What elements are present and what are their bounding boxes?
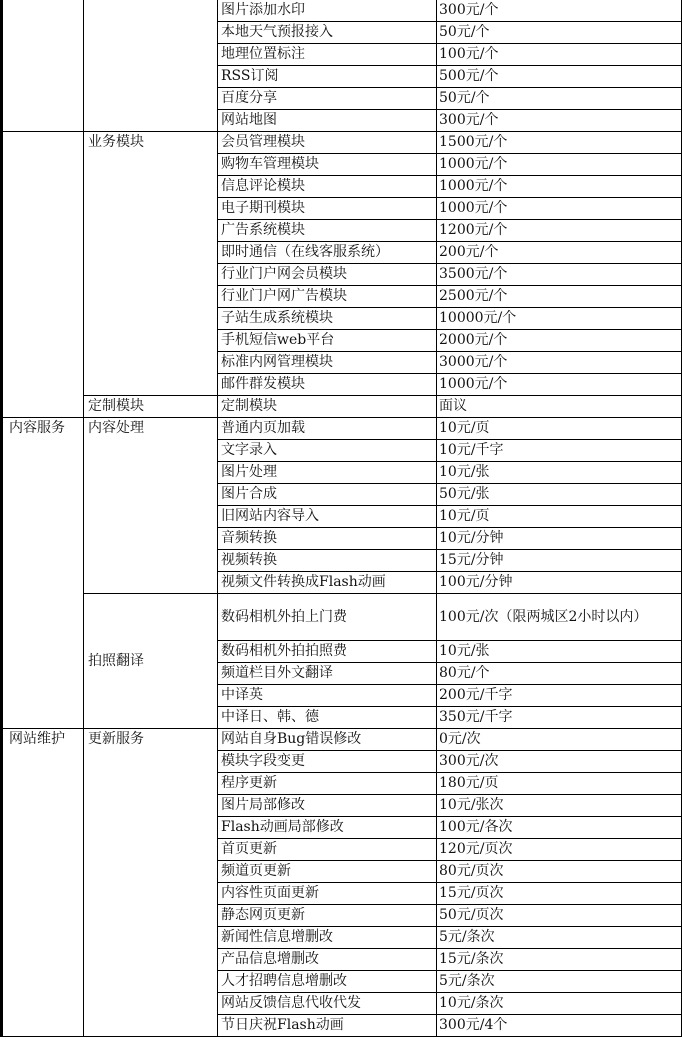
price-cell: 1000元/个 <box>437 176 682 198</box>
item-cell: 即时通信（在线客服系统） <box>218 242 437 264</box>
table-row: 内容服务 内容处理 普通内页加载 10元/页 <box>2 418 682 440</box>
item-cell: 图片添加水印 <box>218 0 437 22</box>
price-cell: 10元/千字 <box>437 440 682 462</box>
item-cell: 产品信息增删改 <box>218 949 437 971</box>
price-cell: 1000元/个 <box>437 154 682 176</box>
item-cell: 节日庆祝Flash动画 <box>218 1015 437 1037</box>
price-cell: 300元/个 <box>437 0 682 22</box>
price-cell: 2000元/个 <box>437 330 682 352</box>
item-cell: 电子期刊模块 <box>218 198 437 220</box>
item-cell: 内容性页面更新 <box>218 883 437 905</box>
price-cell: 50元/张 <box>437 484 682 506</box>
item-cell: 购物车管理模块 <box>218 154 437 176</box>
item-cell: 旧网站内容导入 <box>218 506 437 528</box>
item-cell: 视频转换 <box>218 550 437 572</box>
item-cell: Flash动画局部修改 <box>218 817 437 839</box>
price-cell: 10元/页 <box>437 418 682 440</box>
document-page: 图片添加水印 300元/个 本地天气预报接入 50元/个 地理位置标注 100元… <box>0 0 683 1041</box>
item-cell: 文字录入 <box>218 440 437 462</box>
subcategory-cell: 定制模块 <box>84 396 218 418</box>
item-cell: 人才招聘信息增删改 <box>218 971 437 993</box>
price-cell: 15元/条次 <box>437 949 682 971</box>
item-cell: 程序更新 <box>218 773 437 795</box>
price-cell: 10元/分钟 <box>437 528 682 550</box>
price-cell: 5元/条次 <box>437 971 682 993</box>
price-cell: 5元/条次 <box>437 927 682 949</box>
price-cell: 3000元/个 <box>437 352 682 374</box>
price-cell: 10元/页 <box>437 506 682 528</box>
item-cell: 标准内网管理模块 <box>218 352 437 374</box>
price-cell: 300元/4个 <box>437 1015 682 1037</box>
item-cell: 子站生成系统模块 <box>218 308 437 330</box>
item-cell: 定制模块 <box>218 396 437 418</box>
item-cell: 网站反馈信息代收代发 <box>218 993 437 1015</box>
table-row: 定制模块 定制模块 面议 <box>2 396 682 418</box>
item-cell: 图片合成 <box>218 484 437 506</box>
item-cell: 首页更新 <box>218 839 437 861</box>
price-cell: 10元/条次 <box>437 993 682 1015</box>
item-cell: 频道栏目外文翻译 <box>218 663 437 685</box>
item-cell: 普通内页加载 <box>218 418 437 440</box>
price-cell: 500元/个 <box>437 66 682 88</box>
price-cell: 50元/个 <box>437 22 682 44</box>
item-cell: 行业门户网广告模块 <box>218 286 437 308</box>
item-cell: 网站自身Bug错误修改 <box>218 729 437 751</box>
table-row: 业务模块 会员管理模块 1500元/个 <box>2 132 682 154</box>
price-cell: 15元/分钟 <box>437 550 682 572</box>
price-cell: 80元/个 <box>437 663 682 685</box>
category-cell <box>2 0 84 132</box>
item-cell: 网站地图 <box>218 110 437 132</box>
item-cell: 视频文件转换成Flash动画 <box>218 572 437 594</box>
subcategory-cell: 业务模块 <box>84 132 218 396</box>
item-cell: 行业门户网会员模块 <box>218 264 437 286</box>
price-cell: 10000元/个 <box>437 308 682 330</box>
price-cell: 200元/千字 <box>437 685 682 707</box>
price-table: 图片添加水印 300元/个 本地天气预报接入 50元/个 地理位置标注 100元… <box>0 0 682 1037</box>
price-cell: 300元/个 <box>437 110 682 132</box>
subcategory-cell: 内容处理 <box>84 418 218 594</box>
item-cell: RSS订阅 <box>218 66 437 88</box>
item-cell: 会员管理模块 <box>218 132 437 154</box>
price-cell: 50元/页次 <box>437 905 682 927</box>
price-cell: 100元/个 <box>437 44 682 66</box>
item-cell: 地理位置标注 <box>218 44 437 66</box>
price-cell: 3500元/个 <box>437 264 682 286</box>
category-cell: 网站维护 <box>2 729 84 1037</box>
price-cell: 1000元/个 <box>437 198 682 220</box>
price-cell: 120元/页次 <box>437 839 682 861</box>
price-cell: 1500元/个 <box>437 132 682 154</box>
price-cell: 80元/页次 <box>437 861 682 883</box>
table-row: 网站维护 更新服务 网站自身Bug错误修改 0元/次 <box>2 729 682 751</box>
price-cell: 1000元/个 <box>437 374 682 396</box>
item-cell: 数码相机外拍上门费 <box>218 594 437 641</box>
price-cell: 200元/个 <box>437 242 682 264</box>
category-cell <box>2 132 84 418</box>
price-cell: 10元/张 <box>437 641 682 663</box>
item-cell: 数码相机外拍拍照费 <box>218 641 437 663</box>
item-cell: 模块字段变更 <box>218 751 437 773</box>
price-cell: 15元/页次 <box>437 883 682 905</box>
item-cell: 频道页更新 <box>218 861 437 883</box>
item-cell: 图片处理 <box>218 462 437 484</box>
price-cell: 300元/次 <box>437 751 682 773</box>
price-cell: 350元/千字 <box>437 707 682 729</box>
subcategory-cell <box>84 0 218 132</box>
item-cell: 中译英 <box>218 685 437 707</box>
item-cell: 信息评论模块 <box>218 176 437 198</box>
price-cell: 100元/分钟 <box>437 572 682 594</box>
item-cell: 图片局部修改 <box>218 795 437 817</box>
item-cell: 新闻性信息增删改 <box>218 927 437 949</box>
price-cell: 10元/张次 <box>437 795 682 817</box>
price-cell: 100元/次（限两城区2小时以内） <box>437 594 682 641</box>
item-cell: 音频转换 <box>218 528 437 550</box>
subcategory-cell: 拍照翻译 <box>84 594 218 729</box>
price-cell: 2500元/个 <box>437 286 682 308</box>
price-cell: 1200元/个 <box>437 220 682 242</box>
item-cell: 中译日、韩、德 <box>218 707 437 729</box>
table-row: 图片添加水印 300元/个 <box>2 0 682 22</box>
item-cell: 邮件群发模块 <box>218 374 437 396</box>
price-cell: 0元/次 <box>437 729 682 751</box>
price-cell: 50元/个 <box>437 88 682 110</box>
item-cell: 静态网页更新 <box>218 905 437 927</box>
price-cell: 180元/页 <box>437 773 682 795</box>
subcategory-cell: 更新服务 <box>84 729 218 1037</box>
item-cell: 广告系统模块 <box>218 220 437 242</box>
category-cell: 内容服务 <box>2 418 84 729</box>
price-cell: 100元/各次 <box>437 817 682 839</box>
price-cell: 10元/张 <box>437 462 682 484</box>
item-cell: 手机短信web平台 <box>218 330 437 352</box>
item-cell: 百度分享 <box>218 88 437 110</box>
table-row: 拍照翻译 数码相机外拍上门费 100元/次（限两城区2小时以内） <box>2 594 682 641</box>
price-cell: 面议 <box>437 396 682 418</box>
item-cell: 本地天气预报接入 <box>218 22 437 44</box>
